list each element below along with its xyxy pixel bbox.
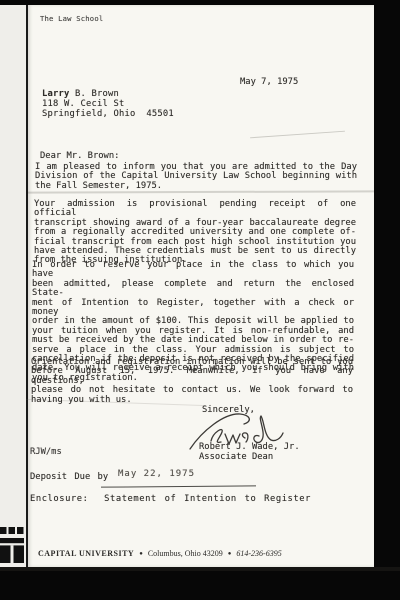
- deposit-due-label: Deposit Due by: [30, 473, 108, 482]
- footer-university-name: CAPITAL UNIVERSITY: [38, 549, 134, 558]
- recipient-address-block: Larry B. Brown118 W. Cecil StSpringfield…: [42, 89, 174, 119]
- scan-bottom-edge: [0, 567, 400, 571]
- letter-date: May 7, 1975: [240, 78, 298, 87]
- deposit-due-date: May 22, 1975: [118, 470, 195, 479]
- letterhead-footer: CAPITAL UNIVERSITY ● Columbus, Ohio 4320…: [38, 549, 282, 558]
- scanned-letter: The Law School May 7, 1975 Larry B. Brow…: [0, 0, 400, 600]
- recipient-street: 118 W. Cecil St: [42, 99, 124, 109]
- letter-line: Your admission is provisional pending re…: [34, 200, 356, 219]
- recipient-first-name: Larry: [42, 89, 69, 99]
- footer-city: Columbus, Ohio 43209: [148, 549, 223, 558]
- recipient-city-line: Springfield, Ohio 45501: [42, 109, 174, 119]
- scan-left-margin: [0, 5, 26, 567]
- letterhead-department: The Law School: [40, 14, 103, 23]
- salutation: Dear Mr. Brown:: [40, 152, 119, 161]
- enclosure-line: Enclosure: Statement of Intention to Reg…: [30, 495, 311, 504]
- footer-phone: 614-236-6395: [236, 549, 281, 558]
- reference-initials: RJW/ms: [30, 448, 62, 457]
- signer-name: Robert J. Wade, Jr.: [199, 443, 300, 452]
- letter-line: ment of Intention to Register, together …: [32, 299, 354, 318]
- letter-line: the Fall Semester, 1975.: [35, 182, 357, 191]
- paragraph: I am pleased to inform you that you are …: [35, 163, 357, 191]
- university-tower-logo: [0, 527, 24, 564]
- letter-line: been admitted, please complete and retur…: [32, 280, 354, 299]
- bullet-separator-icon: ●: [139, 550, 143, 558]
- bullet-separator-icon: ●: [228, 550, 232, 558]
- paragraph: Orientation and registration information…: [31, 358, 353, 405]
- signer-title: Associate Dean: [199, 453, 273, 462]
- letter-line: before August 15, 1975. Meanwhile, if yo…: [31, 367, 353, 386]
- letter-line: In order to reserve your place in the cl…: [32, 261, 354, 280]
- paragraph: Your admission is provisional pending re…: [34, 200, 356, 266]
- letter-line: having you with us.: [31, 396, 353, 405]
- recipient-name-rest: B. Brown: [69, 89, 118, 99]
